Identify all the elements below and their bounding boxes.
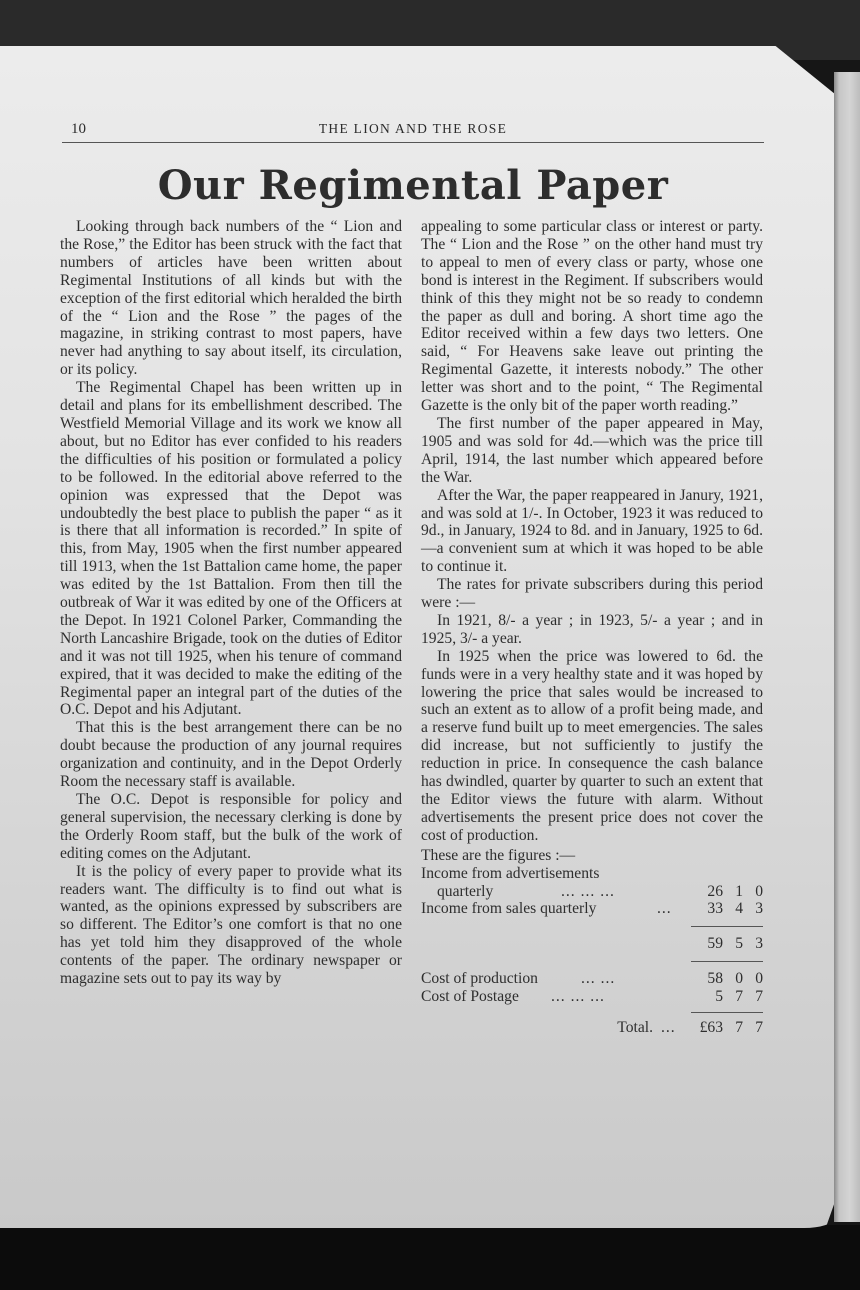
paragraph: The O.C. Depot is responsible for policy… (60, 791, 402, 863)
total-row: Total. ... £63 7 7 (421, 1019, 763, 1037)
paragraph: In 1921, 8/- a year ; in 1923, 5/- a yea… (421, 612, 763, 648)
amount: 5 7 7 (691, 988, 763, 1006)
leader-dots: ... (661, 1019, 691, 1037)
subtotal-row: 59 5 3 (421, 935, 763, 953)
paragraph: It is the policy of every paper to provi… (60, 863, 402, 988)
right-column: appealing to some particular class or in… (421, 218, 763, 1037)
dark-background-bottom (0, 1225, 860, 1290)
leader-dots: ... (657, 900, 691, 918)
figures-intro: These are the figures :— (421, 847, 763, 865)
paragraph: The first number of the paper appeared i… (421, 415, 763, 487)
article-title: Our Regimental Paper (62, 162, 764, 209)
table-row: Cost of Postage ... ... ... 5 7 7 (421, 988, 763, 1006)
left-column: Looking through back numbers of the “ Li… (60, 218, 402, 988)
amount: 59 5 3 (691, 935, 763, 953)
facing-page-edge (834, 72, 860, 1222)
amount: 33 4 3 (691, 900, 763, 918)
table-row: quarterly ... ... ... 26 1 0 (421, 883, 763, 901)
journal-title: THE LION AND THE ROSE (62, 121, 764, 137)
paragraph: The rates for private subscribers during… (421, 576, 763, 612)
paragraph: appealing to some particular class or in… (421, 218, 763, 415)
amount: 58 0 0 (691, 970, 763, 988)
paragraph: The Regimental Chapel has been written u… (60, 379, 402, 719)
table-row: Cost of production ... ... 58 0 0 (421, 970, 763, 988)
amount: 26 1 0 (691, 883, 763, 901)
amount: £63 7 7 (691, 1019, 763, 1037)
leader-dots: ... ... ... (551, 988, 691, 1006)
leader-dots: ... ... (581, 970, 691, 988)
paragraph: In 1925 when the price was lowered to 6d… (421, 648, 763, 845)
paragraph: After the War, the paper reappeared in J… (421, 487, 763, 577)
leader-dots: ... ... ... (561, 883, 691, 901)
paragraph: Looking through back numbers of the “ Li… (60, 218, 402, 379)
paragraph: That this is the best arrangement there … (60, 719, 402, 791)
running-head: 10 THE LION AND THE ROSE (62, 118, 764, 143)
table-row: Income from sales quarterly ... 33 4 3 (421, 900, 763, 918)
table-row: Income from advertisements (421, 865, 763, 883)
financial-figures-table: These are the figures :— Income from adv… (421, 847, 763, 1037)
